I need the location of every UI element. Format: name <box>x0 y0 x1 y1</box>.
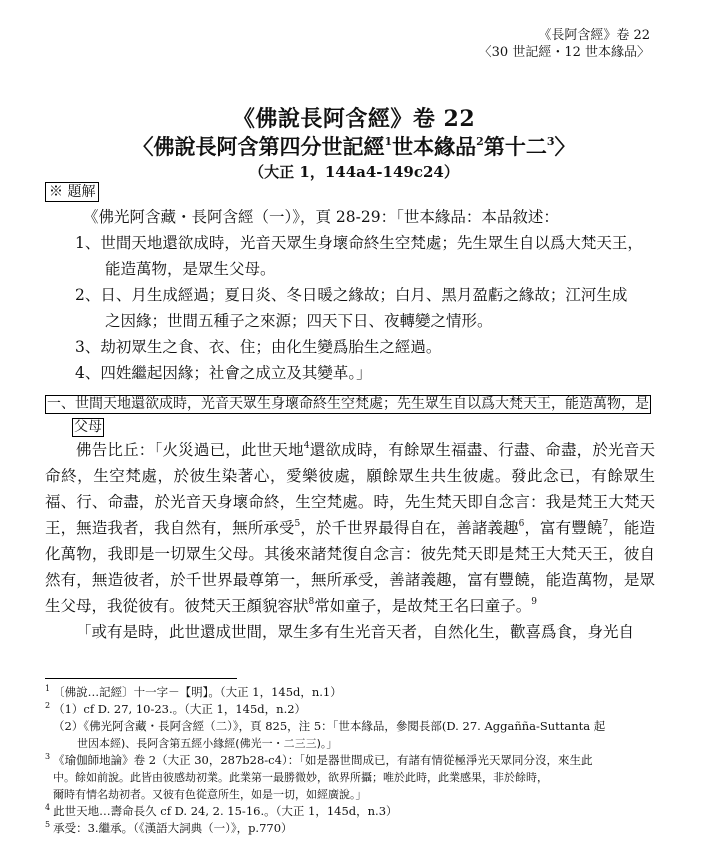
section-heading: 一、世間天地還欲成時，光音天眾生身壞命終生空梵處；先生眾生自以爲大梵天王，能造萬… <box>45 395 651 414</box>
title-block: 《佛說長阿含經》卷 22 〈佛說長阿含第四分世記經1世本緣品2第十二3〉 （大正… <box>0 105 708 183</box>
footnote-2-part2: （2）《佛光阿含藏・長阿含經（二）》，頁 825，注 5：「世本緣品，參閱長部(… <box>45 718 665 735</box>
footnote-2-part2-cont: 世因本經)、長阿含第五經小緣經(佛光一・二三三)。」 <box>45 735 665 752</box>
intro-item: 4、四姓繼起因緣；社會之成立及其變革。」 <box>45 360 665 386</box>
footnote-3: 3《瑜伽師地論》卷 2（大正 30，287b28-c4）：「如是器世間成已，有諸… <box>45 752 665 769</box>
footnote-ref-2[interactable]: 2 <box>476 135 484 148</box>
footnote-5: 5承受：3.繼承。（《漢語大詞典（一）》，p.770） <box>45 820 665 837</box>
footnote-1: 1〔佛說…記經〕十一字－【明】。（大正 1，145d，n.1） <box>45 684 665 701</box>
footnote-2: 2（1）cf D. 27, 10-23.。（大正 1，145d，n.2） <box>45 701 665 718</box>
intro-section: 《佛光阿含藏・長阿含經（一）》，頁 28-29：「世本緣品：本品敘述： 1、世間… <box>45 204 665 386</box>
intro-item: 3、劫初眾生之食、衣、住；由化生變爲胎生之經過。 <box>45 334 665 360</box>
chapter-title: 〈佛說長阿含第四分世記經1世本緣品2第十二3〉 <box>0 133 708 161</box>
taisho-reference: （大正 1，144a4-149c24） <box>0 161 708 183</box>
paragraph: 佛告比丘：「火災過已，此世天地4還欲成時，有餘眾生福盡、行盡、命盡，於光音天命終… <box>45 437 655 619</box>
intro-item: 1、世間天地還欲成時，光音天眾生身壞命終生空梵處；先生眾生自以爲大梵天王， <box>45 230 665 256</box>
running-head: 《長阿含經》卷 22 〈30 世記經・12 世本緣品〉 <box>479 27 650 61</box>
paragraph: 「或有是時，此世還成世間，眾生多有生光音天者，自然化生，歡喜爲食，身光自 <box>45 619 655 645</box>
intro-item: 2、日、月生成經過；夏日炎、冬日暖之緣故；白月、黑月盈虧之緣故；江河生成 <box>45 282 665 308</box>
section-heading-cont: 父母 <box>72 418 104 437</box>
footnote-3-cont: 爾時有情名劫初者。又彼有色從意所生，如是一切，如經廣說。」 <box>45 786 665 803</box>
footnotes: 1〔佛說…記經〕十一字－【明】。（大正 1，145d，n.1） 2（1）cf D… <box>45 684 665 837</box>
page-title: 《佛說長阿含經》卷 22 <box>0 105 708 133</box>
footnote-3-cont: 中。餘如前說。此皆由彼感劫初業。此業第一最勝微妙，欲界所攝；唯於此時，此業感果，… <box>45 769 665 786</box>
intro-lead: 《佛光阿含藏・長阿含經（一）》，頁 28-29：「世本緣品：本品敘述： <box>45 204 665 230</box>
footnote-4: 4此世天地…壽命長久 cf D. 24, 2. 15-16.。（大正 1，145… <box>45 803 665 820</box>
section-tag-explanation: ※ 題解 <box>45 182 99 202</box>
footnote-divider <box>45 678 237 679</box>
footnote-ref-9[interactable]: 9 <box>531 597 537 607</box>
running-head-chapter: 〈30 世記經・12 世本緣品〉 <box>479 44 650 61</box>
intro-item-cont: 之因緣；世間五種子之來源；四天下日、夜轉變之情形。 <box>45 308 665 334</box>
intro-item-cont: 能造萬物，是眾生父母。 <box>45 256 665 282</box>
running-head-sutra: 《長阿含經》卷 22 <box>479 27 650 44</box>
sutra-body: 佛告比丘：「火災過已，此世天地4還欲成時，有餘眾生福盡、行盡、命盡，於光音天命終… <box>45 437 655 645</box>
